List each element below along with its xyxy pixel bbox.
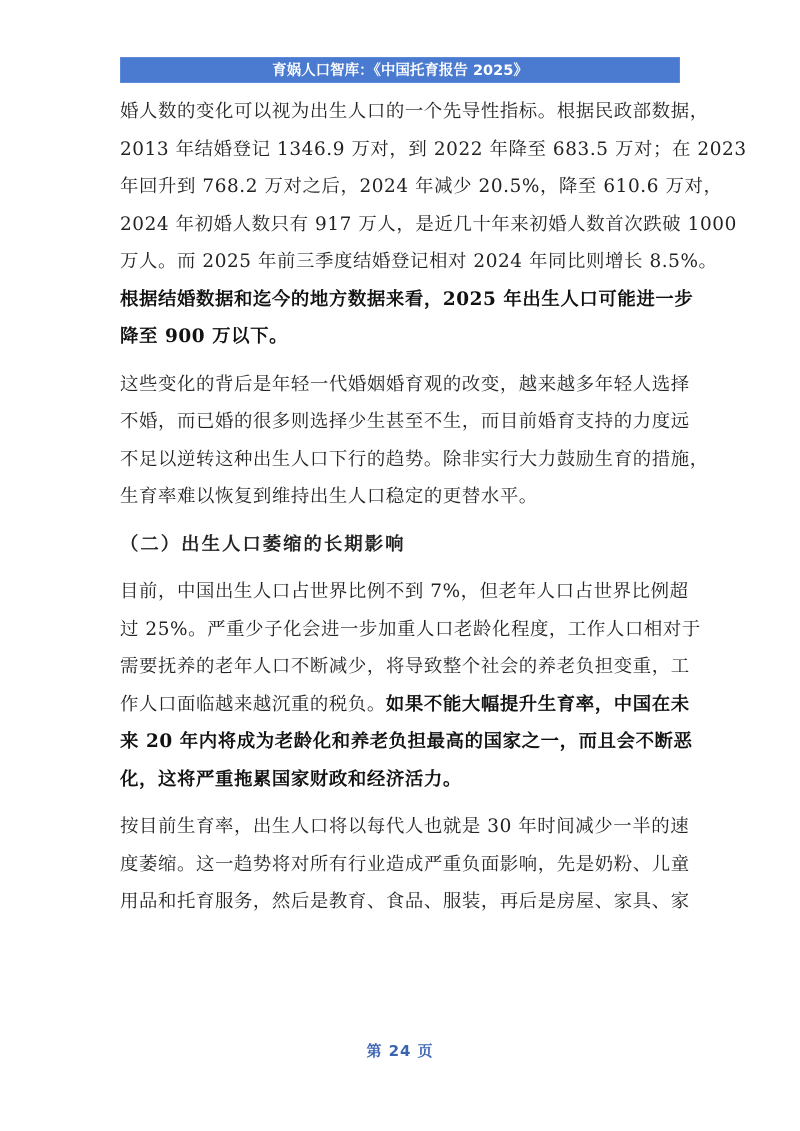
text-line: 用品和托育服务，然后是教育、食品、服装，再后是房屋、家具、家	[120, 883, 685, 921]
paragraph-marriage-data: 婚人数的变化可以视为出生人口的一个先导性指标。根据民政部数据， 2013 年结婚…	[120, 93, 685, 356]
bold-text-line: 化，这将严重拖累国家财政和经济活力。	[120, 761, 685, 799]
paragraph-aging-impact: 目前，中国出生人口占世界比例不到 7%，但老年人口占世界比例超 过 25%。严重…	[120, 573, 685, 798]
report-title: 育娲人口智库：《中国托育报告 2025》	[272, 63, 528, 79]
paragraph-industry-impact: 按目前生育率，出生人口将以每代人也就是 30 年时间减少一半的速 度萎缩。这一趋…	[120, 808, 685, 921]
page-number-footer: 第24页	[0, 1040, 800, 1061]
text-line: 度萎缩。这一趋势将对所有行业造成严重负面影响，先是奶粉、儿童	[120, 846, 685, 884]
text-line: 万人。而 2025 年前三季度结婚登记相对 2024 年同比则增长 8.5%。	[120, 243, 685, 281]
text-line: 目前，中国出生人口占世界比例不到 7%，但老年人口占世界比例超	[120, 573, 685, 611]
text-line: 年回升到 768.2 万对之后，2024 年减少 20.5%，降至 610.6 …	[120, 168, 685, 206]
text-line: 不足以逆转这种出生人口下行的趋势。除非实行大力鼓励生育的措施，	[120, 441, 685, 479]
text-line: 需要抚养的老年人口不断减少，将导致整个社会的养老负担变重，工	[120, 648, 685, 686]
bold-text-line: 根据结婚数据和迄今的地方数据来看，2025 年出生人口可能进一步	[120, 281, 685, 319]
section-heading: （二）出生人口萎缩的长期影响	[120, 526, 685, 564]
text-line: 过 25%。严重少子化会进一步加重人口老龄化程度，工作人口相对于	[120, 611, 685, 649]
report-header-banner: 育娲人口智库：《中国托育报告 2025》	[120, 57, 680, 83]
page-number: 24	[389, 1042, 412, 1060]
text-line: 不婚，而已婚的很多则选择少生甚至不生，而目前婚育支持的力度远	[120, 403, 685, 441]
page-prefix: 第	[367, 1042, 383, 1060]
paragraph-attitude-change: 这些变化的背后是年轻一代婚姻婚育观的改变，越来越多年轻人选择 不婚，而已婚的很多…	[120, 366, 685, 516]
text-line: 这些变化的背后是年轻一代婚姻婚育观的改变，越来越多年轻人选择	[120, 366, 685, 404]
text-line: 婚人数的变化可以视为出生人口的一个先导性指标。根据民政部数据，	[120, 93, 685, 131]
bold-emphasis: 如果不能大幅提升生育率，中国在未	[386, 694, 690, 715]
text-line: 2024 年初婚人数只有 917 万人，是近几十年来初婚人数首次跌破 1000	[120, 206, 685, 244]
page-suffix: 页	[417, 1042, 433, 1060]
page-content: 婚人数的变化可以视为出生人口的一个先导性指标。根据民政部数据， 2013 年结婚…	[120, 93, 685, 921]
text-line: 生育率难以恢复到维持出生人口稳定的更替水平。	[120, 478, 685, 516]
text-line: 2013 年结婚登记 1346.9 万对，到 2022 年降至 683.5 万对…	[120, 131, 685, 169]
bold-text-line: 来 20 年内将成为老龄化和养老负担最高的国家之一，而且会不断恶	[120, 723, 685, 761]
text-line: 按目前生育率，出生人口将以每代人也就是 30 年时间减少一半的速	[120, 808, 685, 846]
text-line: 作人口面临越来越沉重的税负。如果不能大幅提升生育率，中国在未	[120, 686, 685, 724]
bold-text-line: 降至 900 万以下。	[120, 318, 685, 356]
